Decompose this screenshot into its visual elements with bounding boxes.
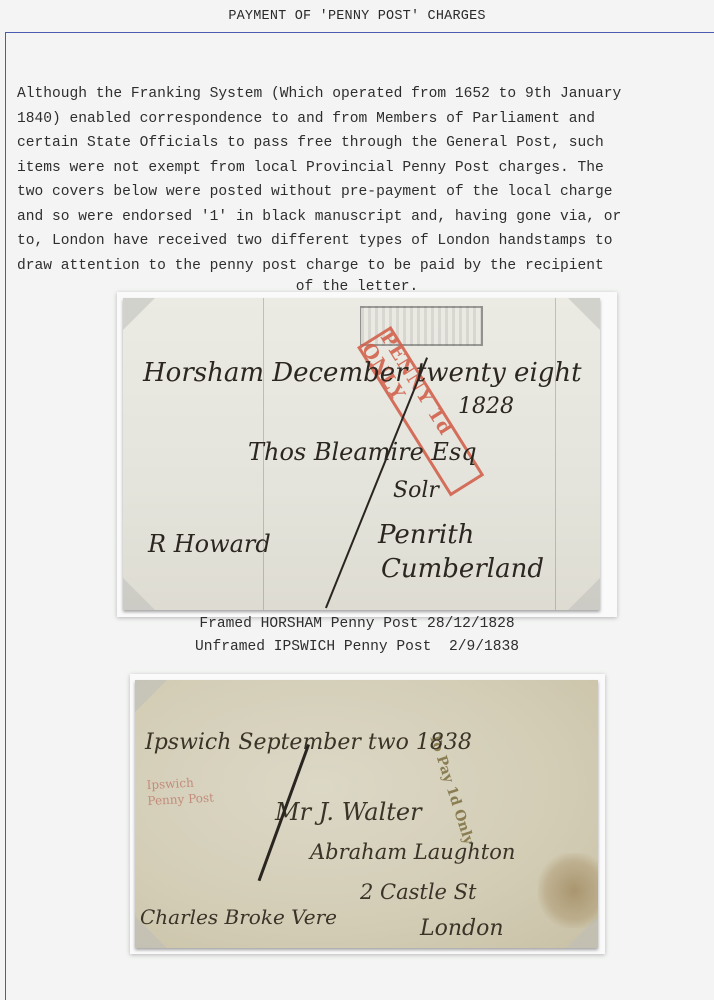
caption-ipswich: Unframed IPSWICH Penny Post 2/9/1838: [0, 639, 714, 655]
manuscript-county: Cumberland: [381, 554, 544, 584]
page-title: PAYMENT OF 'PENNY POST' CHARGES: [0, 9, 714, 24]
mount-corner: [568, 298, 600, 330]
manuscript-addressee: Mr J. Walter: [275, 798, 422, 826]
manuscript-town: Penrith: [378, 520, 474, 550]
mount-corner: [123, 298, 155, 330]
frame-top-line: [5, 32, 714, 33]
fold-line: [555, 298, 556, 610]
manuscript-line-1: Horsham December twenty eight: [143, 358, 582, 388]
manuscript-line-1: Ipswich September two 1838: [145, 730, 472, 755]
mount-corner: [135, 680, 167, 712]
mount-corner: [123, 578, 155, 610]
caption-horsham: Framed HORSHAM Penny Post 28/12/1828: [0, 616, 714, 632]
manuscript-line-3: Abraham Laughton: [310, 840, 515, 864]
manuscript-addressee: Thos Bleamire Esq: [248, 438, 477, 466]
cover-2: Ipswich Penny Post To Pay 1d Only Ipswic…: [135, 680, 598, 948]
manuscript-date: 1828: [458, 394, 514, 419]
manuscript-line-4: Solr: [393, 478, 439, 503]
manuscript-signature: R Howard: [148, 530, 271, 558]
mount-corner: [568, 578, 600, 610]
intro-paragraph: Although the Franking System (Which oper…: [17, 82, 707, 278]
manuscript-line-4: 2 Castle St: [360, 880, 476, 904]
cover-1: PENNY 1d ONLY Horsham December twenty ei…: [123, 298, 600, 610]
paper-stain: [538, 853, 598, 928]
manuscript-signature: Charles Broke Vere: [140, 905, 337, 929]
ipswich-penny-post-handstamp: Ipswich Penny Post: [146, 773, 228, 809]
manuscript-town: London: [420, 916, 504, 941]
frame-left-line: [5, 32, 6, 1000]
